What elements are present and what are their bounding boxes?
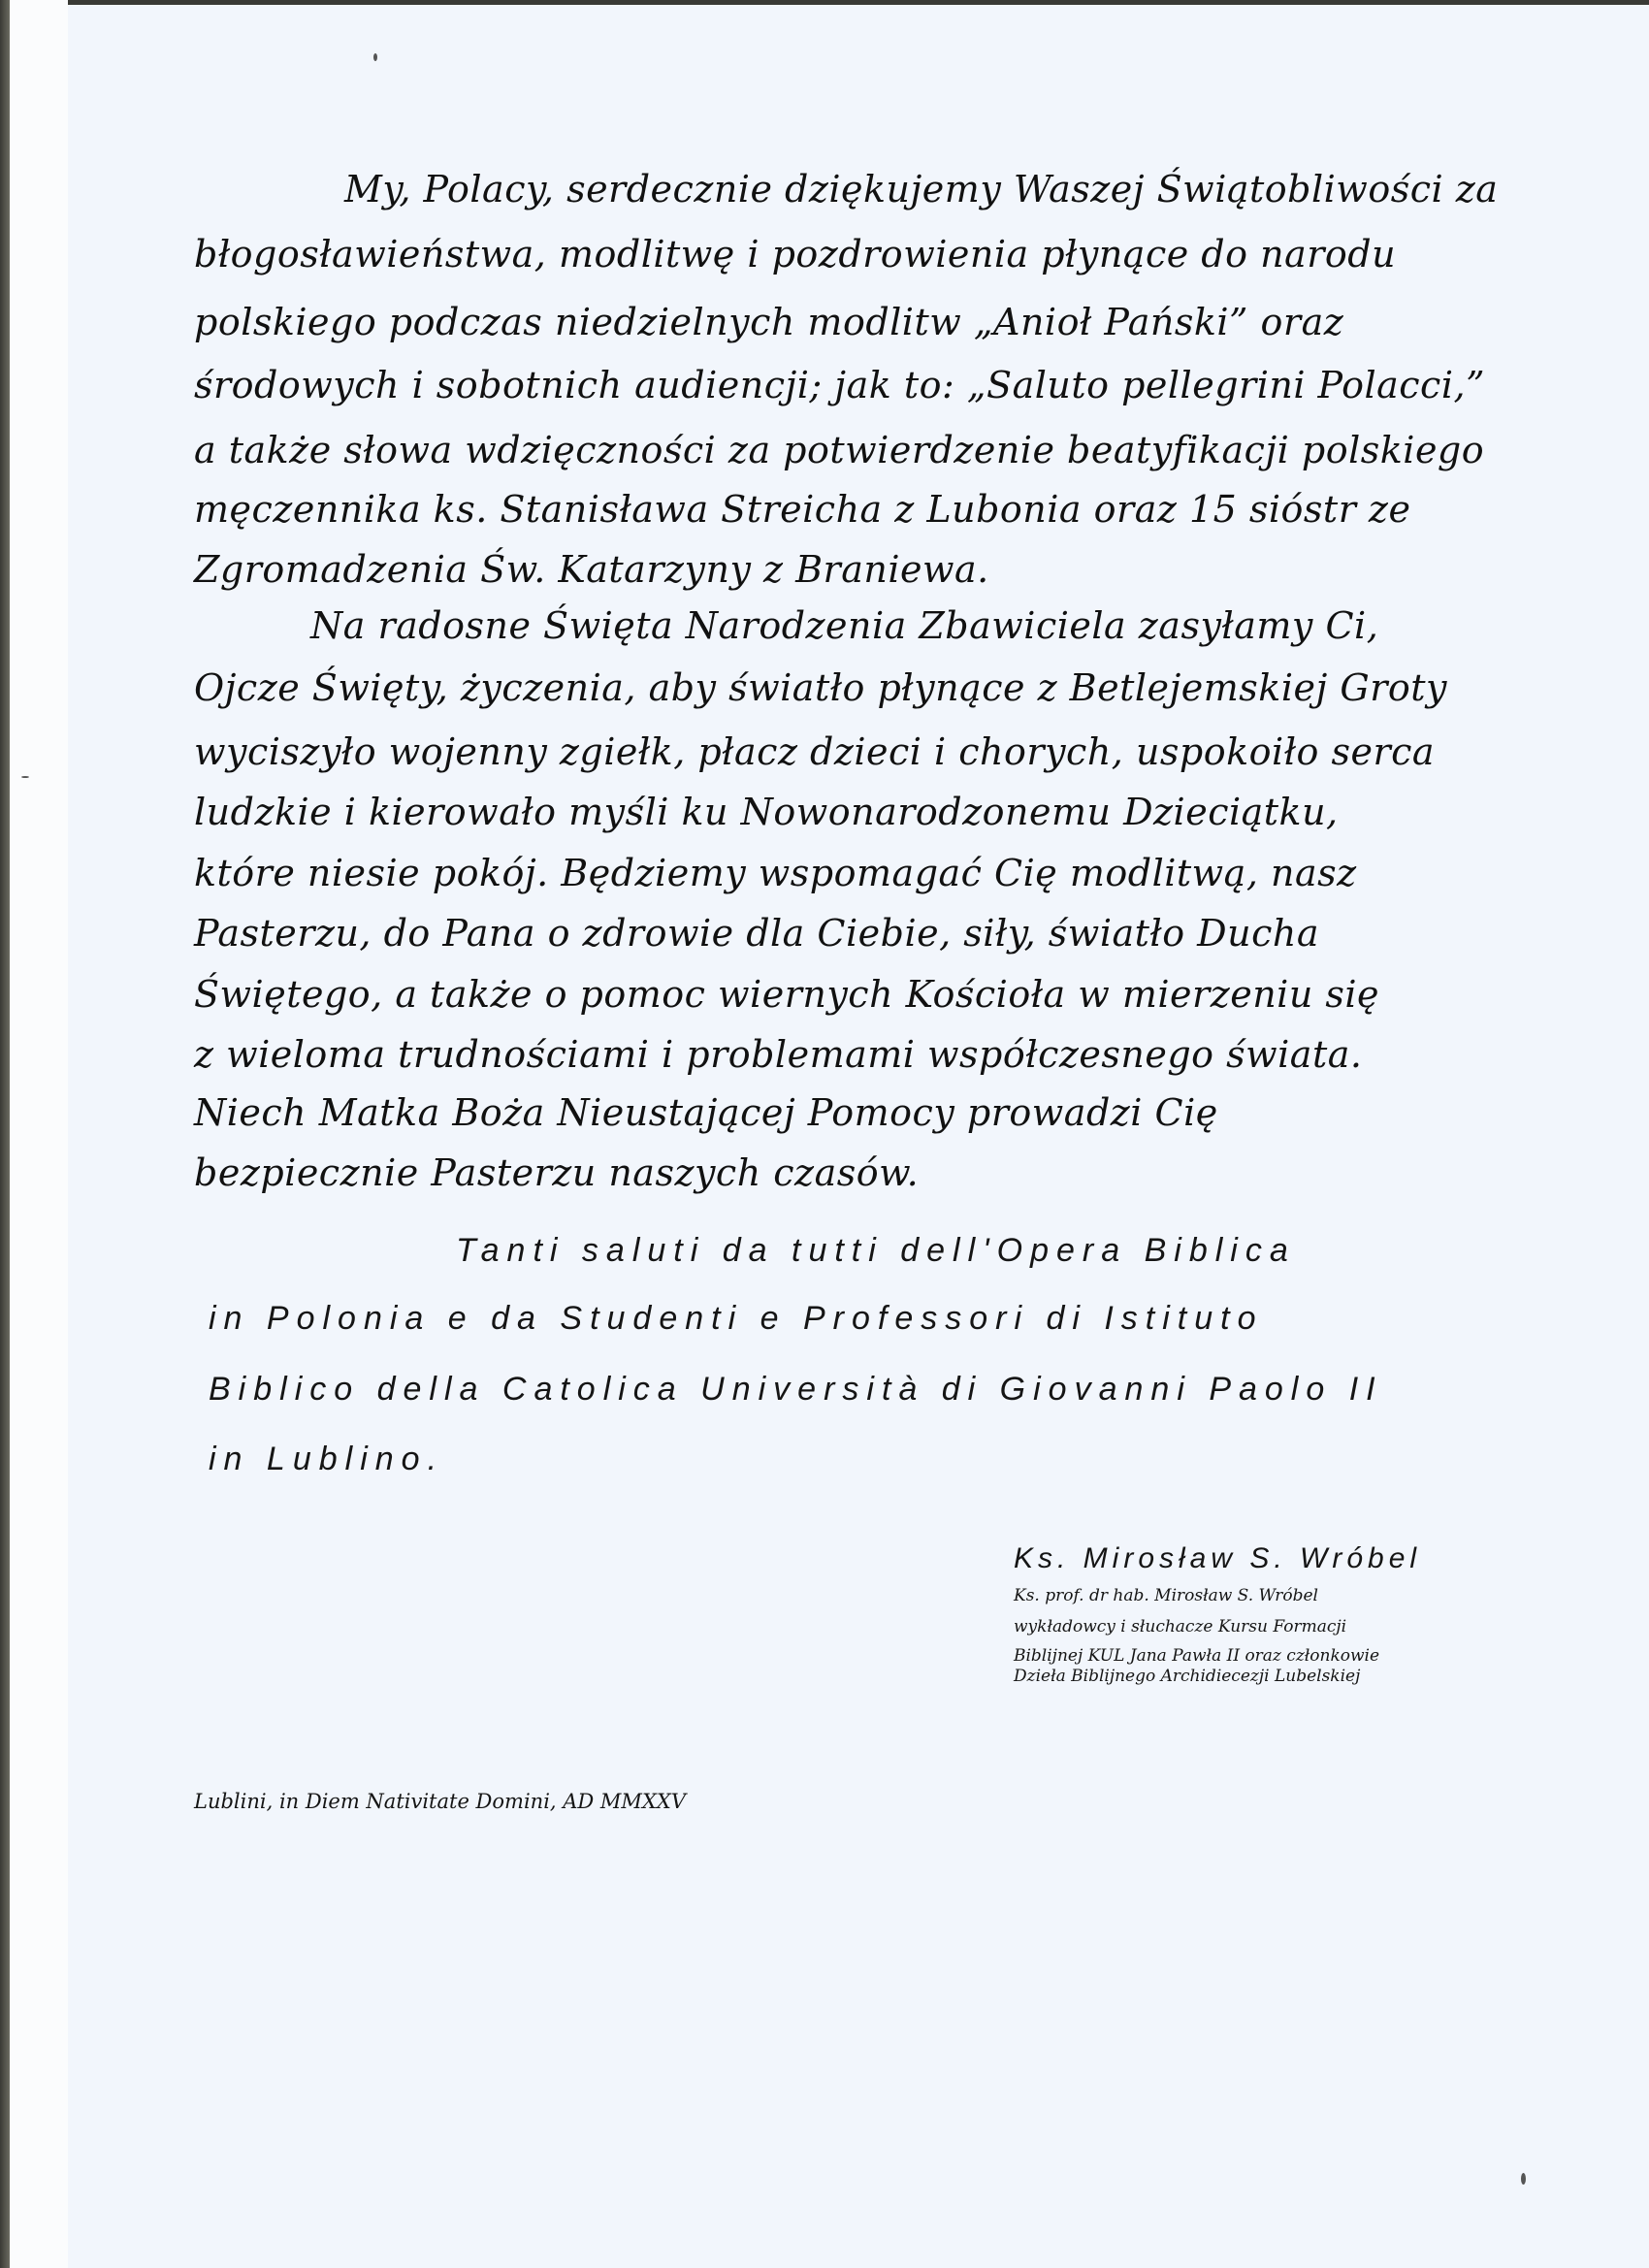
signature-line: wykładowcy i słuchacze Kursu Formacji bbox=[1014, 1617, 1346, 1636]
signature-line: Dzieła Biblijnego Archidiecezji Lubelski… bbox=[1014, 1667, 1360, 1686]
handwritten-signature: Ks. Mirosław S. Wróbel bbox=[1014, 1542, 1421, 1575]
text-line: męczennika ks. Stanisława Streicha z Lub… bbox=[194, 488, 1410, 531]
text-line: Pasterzu, do Pana o zdrowie dla Ciebie, … bbox=[194, 912, 1319, 955]
text-line: które niesie pokój. Będziemy wspomagać C… bbox=[194, 852, 1357, 894]
scan-margin-strip bbox=[10, 0, 68, 2268]
text-line: Ojcze Święty, życzenia, aby światło płyn… bbox=[194, 666, 1447, 709]
text-line: wyciszyło wojenny zgiełk, płacz dzieci i… bbox=[194, 730, 1435, 773]
text-line: błogosławieństwa, modlitwę i pozdrowieni… bbox=[194, 233, 1396, 275]
text-line: Niech Matka Boża Nieustającej Pomocy pro… bbox=[194, 1091, 1218, 1134]
scan-speck bbox=[373, 53, 377, 61]
date-place-line: Lublini, in Diem Nativitate Domini, AD M… bbox=[194, 1790, 686, 1813]
text-line: a także słowa wdzięczności za potwierdze… bbox=[194, 429, 1484, 471]
greeting-line: in Polonia e da Studenti e Professori di… bbox=[209, 1300, 1264, 1338]
scan-speck bbox=[21, 776, 29, 778]
greeting-line: Biblico della Catolica Università di Gio… bbox=[209, 1371, 1383, 1409]
signature-line: Ks. prof. dr hab. Mirosław S. Wróbel bbox=[1014, 1586, 1318, 1605]
text-line: Świętego, a także o pomoc wiernych Kości… bbox=[194, 973, 1379, 1016]
text-line: Na radosne Święta Narodzenia Zbawiciela … bbox=[310, 604, 1378, 647]
text-line: My, Polacy, serdecznie dziękujemy Waszej… bbox=[344, 168, 1498, 211]
signature-line: Biblijnej KUL Jana Pawła II oraz członko… bbox=[1014, 1646, 1379, 1666]
text-line: Zgromadzenia Św. Katarzyny z Braniewa. bbox=[194, 548, 989, 591]
greeting-line: Tanti saluti da tutti dell'Opera Biblica bbox=[456, 1232, 1296, 1270]
text-line: polskiego podczas niedzielnych modlitw „… bbox=[194, 301, 1343, 343]
greeting-line: in Lublino. bbox=[209, 1441, 444, 1478]
text-line: z wieloma trudnościami i problemami wspó… bbox=[194, 1033, 1362, 1076]
scan-edge-left bbox=[0, 0, 10, 2268]
letter-page: My, Polacy, serdecznie dziękujemy Waszej… bbox=[68, 5, 1649, 2268]
text-line: bezpiecznie Pasterzu naszych czasów. bbox=[194, 1151, 919, 1194]
text-line: ludzkie i kierowało myśli ku Nowonarodzo… bbox=[194, 791, 1339, 833]
text-line: środowych i sobotnich audiencji; jak to:… bbox=[194, 364, 1485, 406]
scan-speck bbox=[1521, 2173, 1526, 2185]
